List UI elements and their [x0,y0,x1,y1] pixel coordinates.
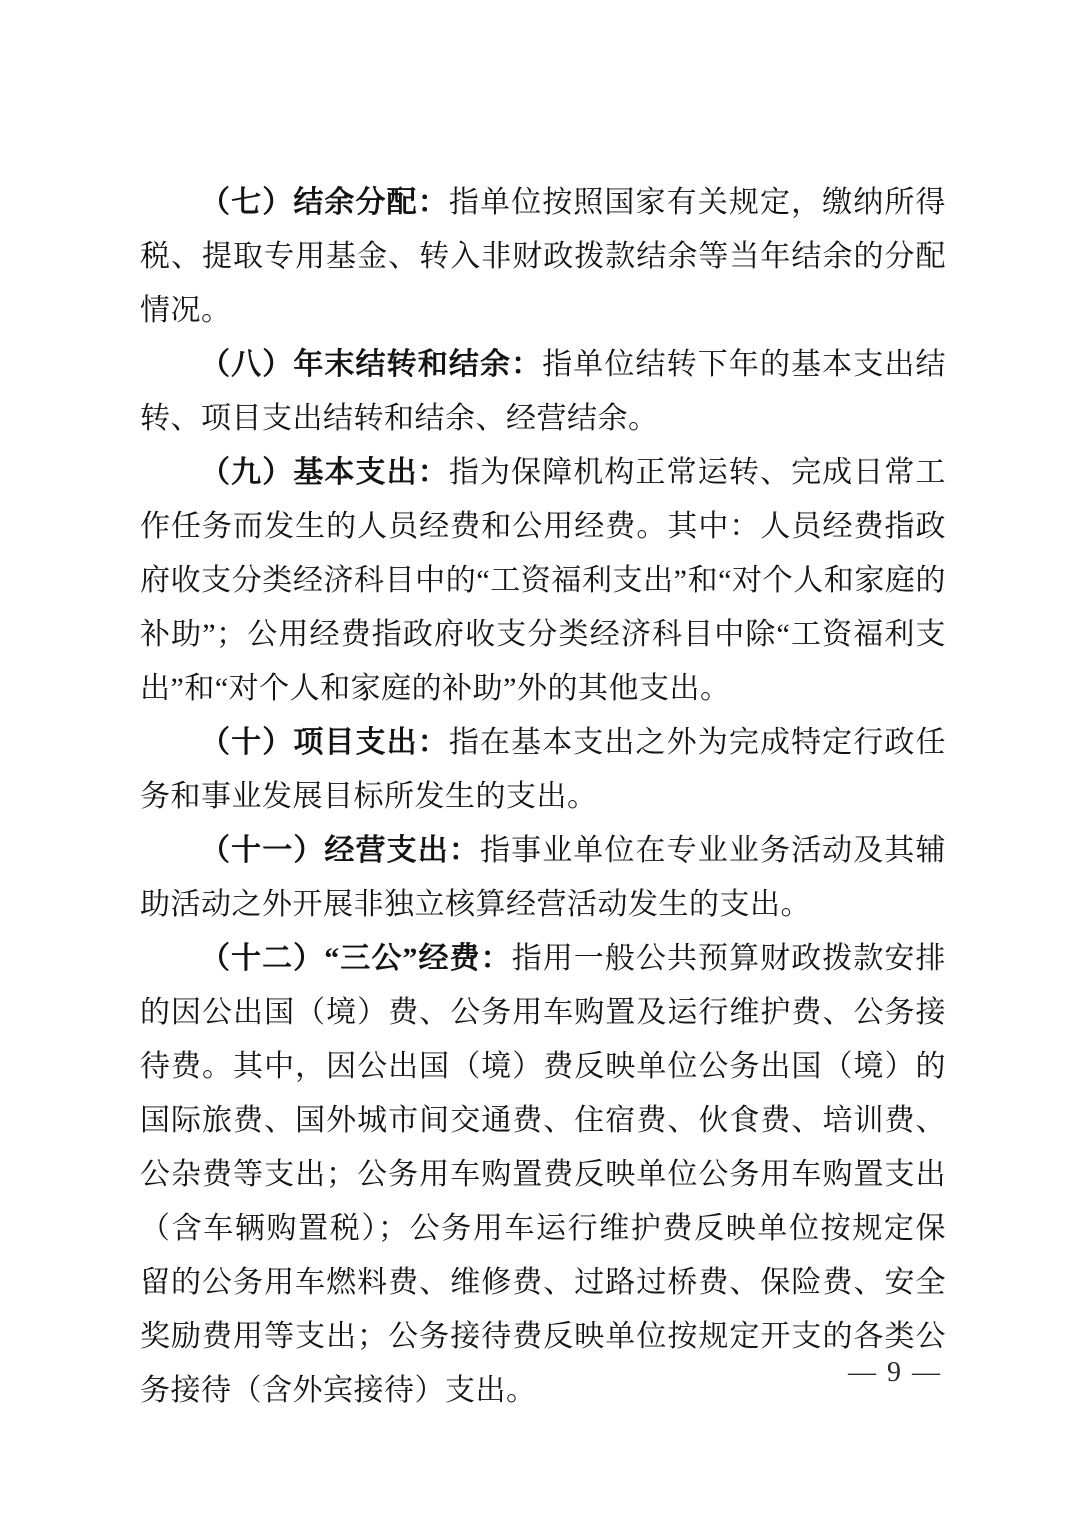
term-definition-12: 指用一般公共预算财政拨款安排的因公出国（境）费、公务用车购置及运行维护费、公务接… [140,942,946,1407]
paragraph-9-basic-expenditure: （九）基本支出：指为保障机构正常运转、完成日常工作任务而发生的人员经费和公用经费… [140,446,946,716]
term-label-10: （十）项目支出： [200,726,449,759]
document-body: （七）结余分配：指单位按照国家有关规定，缴纳所得税、提取专用基金、转入非财政拨款… [140,176,946,1418]
term-label-12: （十二）“三公”经费： [200,942,512,975]
term-label-11: （十一）经营支出： [200,834,480,867]
page-number: — 9 — [848,1357,942,1388]
term-label-7: （七）结余分配： [200,186,449,219]
paragraph-10-project-expenditure: （十）项目支出：指在基本支出之外为完成特定行政任务和事业发展目标所发生的支出。 [140,716,946,824]
paragraph-11-operating-expenditure: （十一）经营支出：指事业单位在专业业务活动及其辅助活动之外开展非独立核算经营活动… [140,824,946,932]
paragraph-12-three-public-funds: （十二）“三公”经费：指用一般公共预算财政拨款安排的因公出国（境）费、公务用车购… [140,932,946,1418]
page-footer: — 9 — [848,1356,942,1390]
term-label-9: （九）基本支出： [200,456,449,489]
term-definition-9: 指为保障机构正常运转、完成日常工作任务而发生的人员经费和公用经费。其中：人员经费… [140,456,946,705]
document-page: （七）结余分配：指单位按照国家有关规定，缴纳所得税、提取专用基金、转入非财政拨款… [0,0,1074,1520]
paragraph-7-surplus-distribution: （七）结余分配：指单位按照国家有关规定，缴纳所得税、提取专用基金、转入非财政拨款… [140,176,946,338]
term-label-8: （八）年末结转和结余： [200,348,542,381]
paragraph-8-year-end-carryover: （八）年末结转和结余：指单位结转下年的基本支出结转、项目支出结转和结余、经营结余… [140,338,946,446]
